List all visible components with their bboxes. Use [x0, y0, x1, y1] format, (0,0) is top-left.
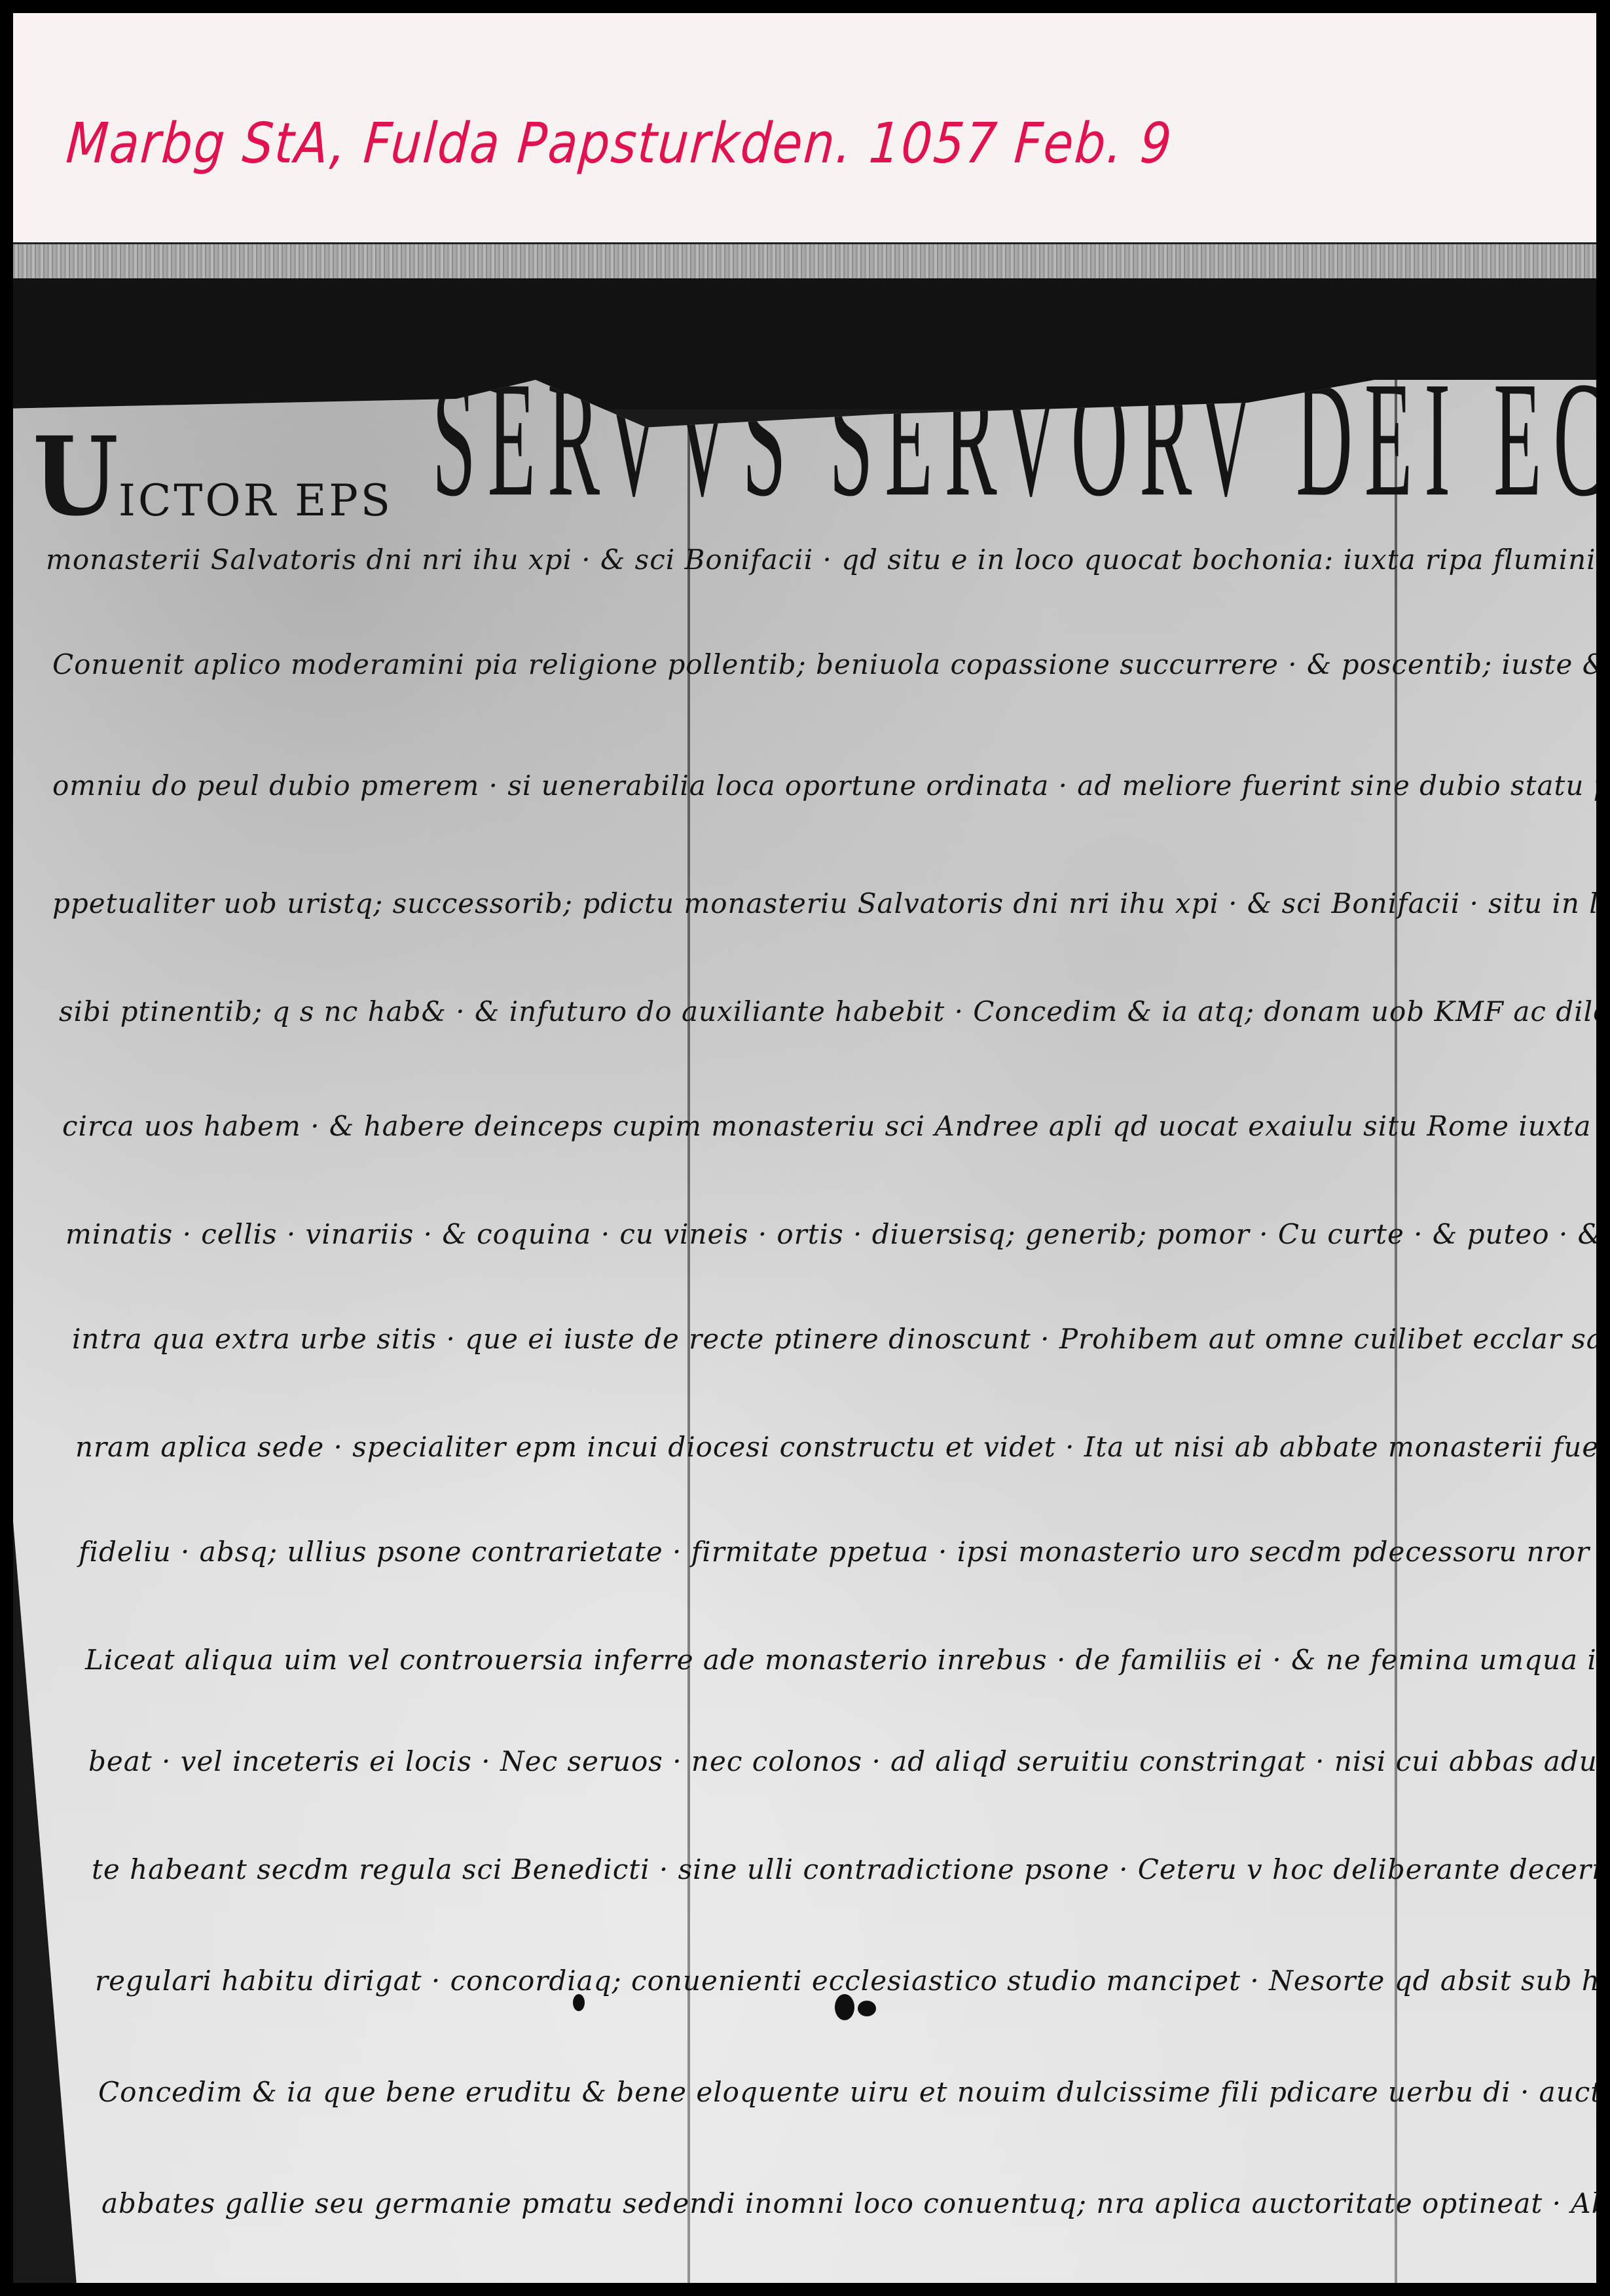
- charter-heading: UICTOR EPSSERVVS SERVORV DEI ECHE: [33, 419, 1596, 550]
- text-line: te habeant secdm regula sci Benedicti · …: [92, 1853, 1596, 1885]
- text-line: intra qua extra urbe sitis · que ei iust…: [72, 1323, 1596, 1355]
- text-line: Concedim & ia que bene eruditu & bene el…: [98, 2076, 1596, 2108]
- text-line: abbates gallie seu germanie pmatu sedend…: [101, 2187, 1596, 2219]
- photo-frame: Marbg StA, Fulda Papsturkden. 1057 Feb. …: [13, 13, 1596, 2283]
- archive-note: Marbg StA, Fulda Papsturkden. 1057 Feb. …: [64, 111, 1175, 176]
- text-line: nram aplica sede · specialiter epm incui…: [75, 1431, 1596, 1463]
- heading-initial: U: [33, 413, 119, 540]
- text-line: ppetualiter uob uristq; successorib; pdi…: [52, 887, 1596, 919]
- text-line: fideliu · absq; ullius psone contrarieta…: [79, 1536, 1596, 1568]
- text-line: sibi ptinentib; q s nc hab& · & infuturo…: [59, 995, 1596, 1028]
- text-line: Conuenit aplico moderamini pia religione…: [52, 648, 1596, 680]
- text-line: monasterii Salvatoris dni nri ihu xpi · …: [46, 544, 1596, 576]
- ink-blot: [573, 1994, 585, 2011]
- archive-label-card: Marbg StA, Fulda Papsturkden. 1057 Feb. …: [13, 13, 1596, 242]
- manuscript-parchment: UICTOR EPSSERVVS SERVORV DEI ECHE monast…: [13, 380, 1596, 2283]
- text-line: regulari habitu dirigat · concordiaq; co…: [95, 1965, 1596, 1997]
- text-line: omniu do peul dubio pmerem · si uenerabi…: [52, 769, 1596, 802]
- ink-blot: [858, 2001, 876, 2016]
- mount-strip: [13, 242, 1596, 280]
- ink-blot: [835, 1994, 854, 2020]
- text-line: beat · vel inceteris ei locis · Nec seru…: [88, 1745, 1596, 1777]
- heading-intitulatio: ICTOR EPS: [119, 475, 393, 526]
- text-line: Liceat aliqua uim vel controuersia infer…: [85, 1644, 1596, 1676]
- text-line: circa uos habem · & habere deinceps cupi…: [62, 1110, 1596, 1142]
- text-line: minatis · cellis · vinariis · & coquina …: [65, 1218, 1596, 1250]
